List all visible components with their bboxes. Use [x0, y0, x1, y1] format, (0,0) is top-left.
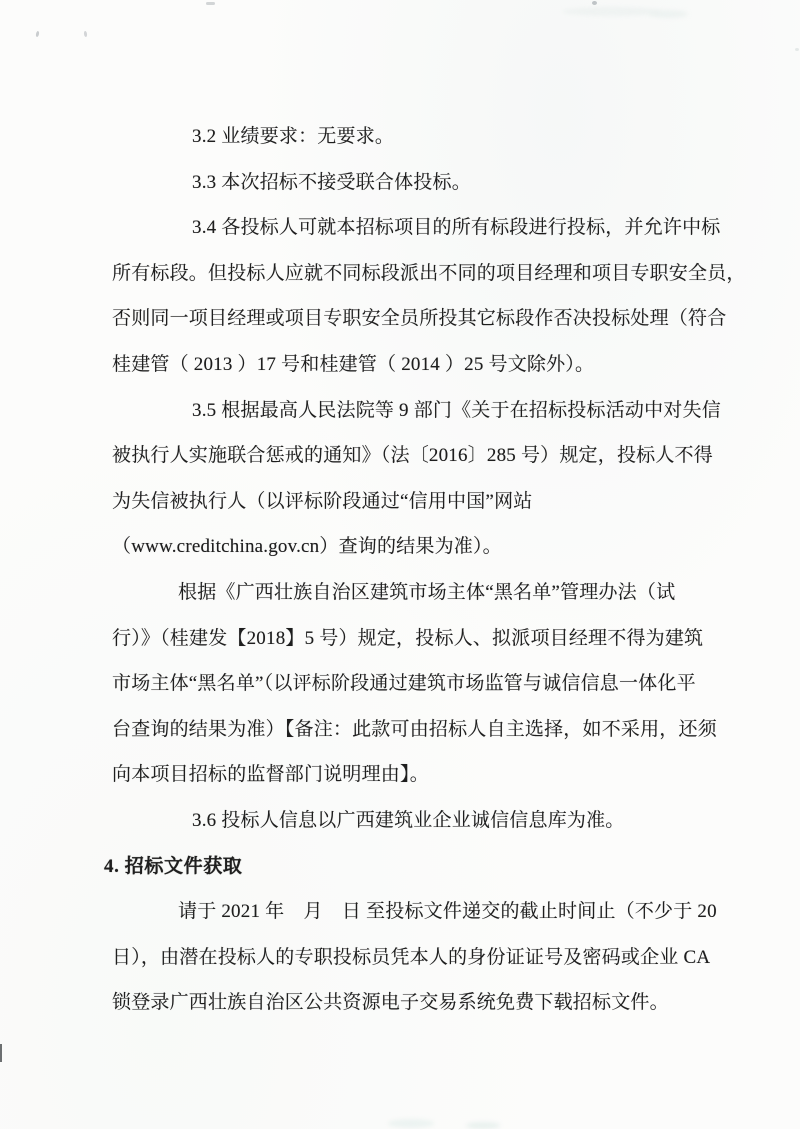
- clause-3-5-line-4: （www.creditchina.gov.cn）查询的结果为准）。: [112, 524, 772, 570]
- section-4-heading: 4. 招标文件获取: [104, 844, 772, 890]
- scan-smudge: [388, 1119, 434, 1128]
- clause-3-5-line-3: 为失信被执行人（以评标阶段通过“信用中国”网站: [112, 479, 772, 525]
- section-4-line-3: 锁登录广西壮族自治区公共资源电子交易系统免费下载招标文件。: [112, 980, 772, 1026]
- clause-3-3: 3.3 本次招标不接受联合体投标。: [112, 160, 772, 206]
- clause-3-4-line-4: 桂建管（ 2013 ）17 号和桂建管（ 2014 ）25 号文除外）。: [112, 342, 772, 388]
- clause-3-2: 3.2 业绩要求：无要求。: [112, 114, 772, 160]
- clause-3-6: 3.6 投标人信息以广西建筑业企业诚信信息库为准。: [112, 798, 772, 844]
- clause-3-5-line-1: 3.5 根据最高人民法院等 9 部门《关于在招标投标活动中对失信: [112, 388, 772, 434]
- blacklist-paragraph-line-3: 市场主体“黑名单”（以评标阶段通过建筑市场监管与诚信信息一体化平: [112, 661, 772, 707]
- scan-speck: [84, 31, 88, 37]
- blacklist-paragraph-line-1: 根据《广西壮族自治区建筑市场主体“黑名单”管理办法（试: [112, 570, 772, 616]
- clause-3-5-line-2: 被执行人实施联合惩戒的通知》（法〔2016〕285 号）规定，投标人不得: [112, 433, 772, 479]
- scan-speck: [206, 2, 215, 5]
- scan-speck: [35, 31, 39, 37]
- document-body: 3.2 业绩要求：无要求。 3.3 本次招标不接受联合体投标。 3.4 各投标人…: [112, 114, 772, 1026]
- clause-3-4-line-2: 所有标段。但投标人应就不同标段派出不同的项目经理和项目专职安全员，: [112, 251, 772, 297]
- clause-3-4-line-3: 否则同一项目经理或项目专职安全员所投其它标段作否决投标处理（符合: [112, 296, 772, 342]
- scan-speck: [795, 48, 799, 51]
- scanned-document-page: 3.2 业绩要求：无要求。 3.3 本次招标不接受联合体投标。 3.4 各投标人…: [0, 0, 800, 1129]
- scan-smudge: [562, 7, 662, 16]
- section-4-line-2: 日），由潜在投标人的专职投标员凭本人的身份证证号及密码或企业 CA: [112, 935, 772, 981]
- scan-speck: [592, 1, 597, 5]
- blacklist-paragraph-line-4: 台查询的结果为准）【备注：此款可由招标人自主选择，如不采用，还须: [112, 707, 772, 753]
- scan-smudge: [648, 10, 688, 18]
- blacklist-paragraph-line-5: 向本项目招标的监督部门说明理由】。: [112, 752, 772, 798]
- blacklist-paragraph-line-2: 行）》（桂建发【2018】5 号）规定，投标人、拟派项目经理不得为建筑: [112, 616, 772, 662]
- scan-edge-mark: [0, 1044, 2, 1062]
- section-4-line-1: 请于 2021 年 月 日 至投标文件递交的截止时间止（不少于 20: [112, 889, 772, 935]
- scan-smudge: [466, 1122, 500, 1129]
- clause-3-4-line-1: 3.4 各投标人可就本招标项目的所有标段进行投标，并允许中标: [112, 205, 772, 251]
